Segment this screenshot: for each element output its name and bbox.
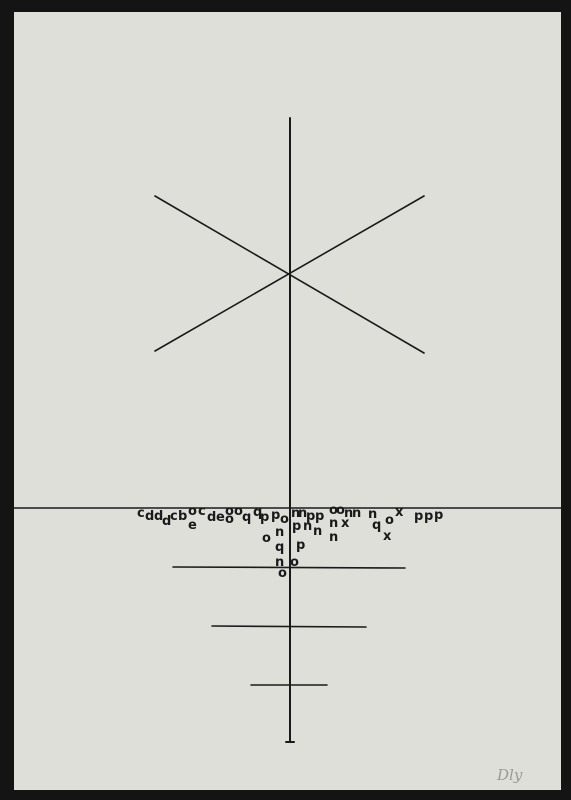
signature: Dly [496,766,523,784]
letter-glyph: x [383,529,392,544]
letter-glyph: x [341,516,350,531]
letter-glyph: o [188,504,197,519]
letter-glyph: o [385,513,394,528]
letter-glyph: o [225,512,234,527]
letter-glyph: p [414,509,423,524]
letter-glyph: x [395,505,404,520]
letter-glyph: p [315,509,324,524]
letter-glyph: p [434,508,443,523]
letter-glyph: e [216,510,225,525]
letter-glyph: d [207,510,216,525]
letter-glyph: b [178,509,187,524]
crossbar-1 [173,567,405,568]
letter-glyph: n [329,530,338,545]
line-drawing: cdddcbeocdeoooqqppoonqnonnppoonnnxppppnn… [0,0,571,800]
letter-glyph: n [329,516,338,531]
letter-glyph: p [424,509,433,524]
letter-glyph: q [242,510,251,525]
letter-glyph: o [278,566,287,581]
letter-glyph: o [290,555,299,570]
letter-glyph: p [260,510,269,525]
letter-glyph: n [352,506,361,521]
letter-glyph: p [292,519,301,534]
letter-glyph: n [303,519,312,534]
letter-glyph: p [271,508,280,523]
letter-glyph: n [275,525,284,540]
letter-glyph: q [372,518,381,533]
crossbar-2 [212,626,366,627]
letter-glyph: o [262,531,271,546]
letter-glyph: d [145,509,154,524]
letter-glyph: e [188,518,197,533]
letter-glyph: c [137,506,145,521]
letter-glyph: c [198,504,206,519]
letter-glyph: p [296,538,305,553]
letter-glyph: n [313,524,322,539]
letter-glyph: c [170,509,178,524]
letter-glyph: q [275,540,284,555]
